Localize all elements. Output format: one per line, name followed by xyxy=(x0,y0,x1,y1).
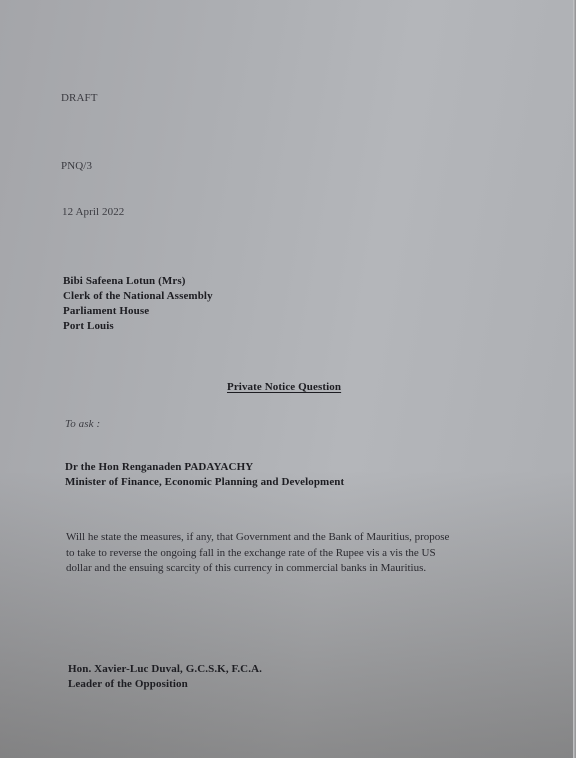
question-text: Will he state the measures, if any, that… xyxy=(66,530,449,577)
document-date: 12 April 2022 xyxy=(62,206,124,218)
question-line: dollar and the ensuing scarcity of this … xyxy=(66,561,449,577)
addressee-name: Bibi Safeena Lotun (Mrs) xyxy=(63,274,213,289)
minister-block: Dr the Hon Renganaden PADAYACHY Minister… xyxy=(65,460,344,490)
minister-title: Minister of Finance, Economic Planning a… xyxy=(65,475,344,490)
signatory-name: Hon. Xavier-Luc Duval, G.C.S.K, F.C.A. xyxy=(68,662,262,677)
document-heading: Private Notice Question xyxy=(227,380,341,395)
question-line: Will he state the measures, if any, that… xyxy=(66,530,449,546)
to-ask-label: To ask : xyxy=(65,418,100,430)
signatory-title: Leader of the Opposition xyxy=(68,677,262,692)
addressee-title: Clerk of the National Assembly xyxy=(63,289,213,304)
reference-number: PNQ/3 xyxy=(61,160,92,172)
question-line: to take to reverse the ongoing fall in t… xyxy=(66,546,449,562)
signatory-block: Hon. Xavier-Luc Duval, G.C.S.K, F.C.A. L… xyxy=(68,662,262,692)
addressee-block: Bibi Safeena Lotun (Mrs) Clerk of the Na… xyxy=(63,274,213,334)
paper-sheet: DRAFT PNQ/3 12 April 2022 Bibi Safeena L… xyxy=(0,0,576,758)
minister-name: Dr the Hon Renganaden PADAYACHY xyxy=(65,460,344,475)
addressee-city: Port Louis xyxy=(63,319,213,334)
addressee-building: Parliament House xyxy=(63,304,213,319)
draft-label: DRAFT xyxy=(61,92,98,104)
